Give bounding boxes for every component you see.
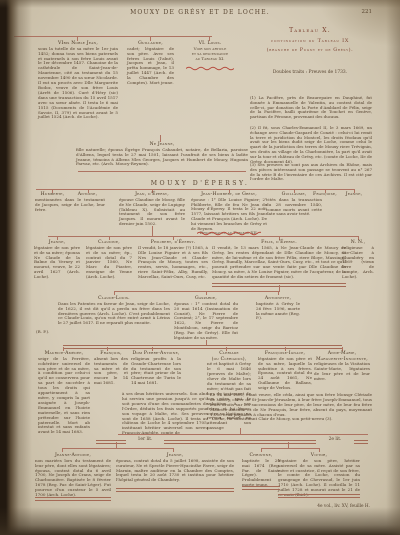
entry-fragment: (R. P.). [36,330,58,335]
entry-gasparde-text: épousa : 1° contrat dotal du 20 mai 1614… [174,302,238,341]
entry-nn-text: religieuse à Ste-Claire à Chambéry en 15… [342,246,374,280]
entry-pierre-antoine: Dom Pierre-Antoine, religieux profès à l… [131,351,181,386]
entry-jeanne-antoine: Jeanne-Antoine, non mariées lors du test… [35,453,111,498]
tree-line-double [354,440,368,444]
entry-guillaume2-text: cités dans la transaction du 28 novembre… [266,198,322,218]
red-wavy-underline [197,231,261,236]
entry-jeanne-naturelle: Ne Jeanne, fille naturelle; épousa Égrèg… [76,142,248,167]
entry-annemarie-marguerite: Anne-Marie, Marguerite-Innocente, religi… [314,351,370,382]
entry-guillaume-text: cadet; légataire de son père. Avec ses f… [127,47,174,86]
tableau-subtitle: continuation du Tableau IX [248,38,372,44]
bottom-shadow [0,507,400,535]
lit1-label: 1er lit. [128,437,162,442]
entry-francois2: François, absent lors des testaments de … [94,351,128,386]
entry-jean-epersy: Jean, d'Épersy, épouse Claudine de Mossy… [119,192,185,227]
page-number: 221 [346,9,372,16]
entry-humberte-antoine: Humberte, Antoine, mentionnées dans le t… [35,192,105,212]
top-shadow [0,0,400,8]
entry-claude-louis: Claude-Louis. Dans les Patentes en faveu… [58,296,170,326]
entry-louis: VI. Louis. Voir son article et sa descen… [181,41,239,61]
entry-jean-humbert: Jean-Humbert, de Grésy, épouse : 1° Dlle… [191,192,267,236]
lit2-label: 2e lit. [318,437,352,442]
entry-victor: Victor, légataire de son père, héritier … [278,453,360,498]
entry-antoinette-text: baptisée à Grésy le 26 févr. 1596, morte… [256,302,300,322]
tree-line-double [164,440,316,444]
tree-line [116,442,117,448]
entry-jeanne3-text: légataire de son père et de sa mère; épo… [34,246,80,280]
tree-line [279,285,280,291]
tableau-legend: Doubles traits : Preuves de 1733. [248,70,372,75]
entry-philibert-text: Il vendit, le 18 janvier (?) 1565, à Dll… [138,246,208,280]
entry-jean-humbert-text: épouse : 1° Dlle Louise Pignier; 2° Phil… [191,198,267,232]
entry-humberte-antoine-text: mentionnées dans le testament de Jacques… [35,198,105,213]
tree-line [14,36,212,37]
entry-philibert: Philibert, d'Épersy. Il vendit, le 18 ja… [138,240,208,280]
francoise-ignace-continuation: Le 14 mai 1681, étant veuve, elle céda, … [210,393,372,418]
entry-antoinette: Antoinette, baptisée à Grésy le 26 févr.… [256,296,300,321]
tree-line [152,226,153,236]
tree-line [114,291,280,292]
tree-line [62,448,173,449]
entry-francois2-text: absent lors des testaments de sa mère et… [94,357,128,386]
entry-maurice-amedee: Maurice-Amédée, seigr de la Perrière, co… [38,351,90,435]
tree-line [114,291,115,295]
tree-line [319,448,320,452]
entry-claude-louis-text: Dans les Patentes en faveur de Jean, sei… [58,302,170,327]
right-shadow [386,0,400,535]
separator-rule [78,171,246,172]
entry-claudine-text: légataire de son père et de sa mère; ép.… [86,246,132,280]
entry-jean-text: sous la tutelle de sa mère le 1er juin 1… [38,47,118,121]
entry-francoise-ignace: Françoise-Ignace, légataire de son père … [258,351,312,391]
entry-claudine: Claudine, légataire de son père et de sa… [86,240,132,280]
malte-continuation: à ses deux héritiers universels. Son aîn… [122,392,208,436]
entry-christine: Christine, baptisée le 29 mai 1674 (Reg.… [242,453,280,488]
entry-nn: N. N., religieuse à Ste-Claire à Chambér… [342,240,374,280]
entry-louis-ref3: au Tableau XI. [181,57,239,62]
entry-jeanne4: Jeanne, épousa, contrat dotal du 5 juill… [116,453,234,483]
tree-line [206,291,207,295]
tree-line-double [96,440,126,444]
entry-maurice-amedee-text: seigr de la Perrière, cohéritier univers… [38,357,90,436]
entry-jean: VIbis Noble Jean, sous la tutelle de sa … [38,41,118,120]
tree-line [261,448,262,452]
entry-felix-text: Il vendit, le 13 mars 1565, à Ne Jean-Cl… [212,246,346,280]
entry-jeanne4-text: épousa, contrat dotal du 5 juillet 1698,… [116,459,234,484]
entry-pierre-antoine-text: religieux profès à la Grande-Chartreuse … [131,357,181,386]
red-wavy-underline [186,66,234,71]
tableau-title: Tableau X. [248,27,372,34]
entry-christine-text: baptisée le 29 mai 1674 (Reg. Par. de Sa… [242,459,280,488]
entry-francoise-ignace-text: légataire de son père et de sa mère, laq… [258,357,312,391]
tree-line [261,448,319,449]
entry-guillaume: Guillaume, cadet; légataire de son père.… [127,41,174,86]
entry-jeanne-antoine-text: non mariées lors du testament de leur pè… [35,459,111,498]
entry-jeanne-naturelle-text: fille naturelle; épousa Égrège François … [76,148,248,168]
entry-jeanne3: Jeanne, légataire de son père et de sa m… [34,240,80,280]
entry-felix: Félix, d'Épersy. Il vendit, le 13 mars 1… [212,240,346,280]
double-rule [212,283,346,287]
entry-victor-text: légataire de son père, héritier universe… [278,459,360,498]
tree-line [160,135,161,142]
sheet-footer: 4e vol., liv. XV, feuille H. [290,504,370,509]
tree-line [173,448,174,452]
section-title: MOUXY D'ÉPERSY. [60,180,340,187]
tree-line [278,291,279,295]
book-gutter-shadow [0,0,32,535]
footnote-1: (1) La Pacifère, près de Beaurepaire en … [250,96,372,120]
malte-last-line: Loche, lui substituant Clair de Moucy, s… [212,417,360,422]
double-rule [116,488,234,492]
entry-annemarie-text: religieuses de la Visitation Sainte-Mari… [314,362,370,382]
entry-gasparde: Gasparde, épousa : 1° contrat dotal du 2… [174,296,238,341]
page-title: MOUXY DE GRÉSY ET DE LOCHE. [70,9,330,16]
footnote-2: (2) Il fit, sous Charles-Emmanuel II, le… [250,126,372,164]
scanned-book-page: MOUXY DE GRÉSY ET DE LOCHE. 221 Tableau … [0,0,400,535]
tree-line [48,236,358,237]
entry-jean-epersy-text: épouse Claudine de Mossy, fille de Ne Cl… [119,198,185,227]
tableau-branch: (branche de Pugny et de Grésy). [248,47,372,53]
tree-line [288,442,289,448]
tree-line [62,448,63,452]
tree-line [36,189,354,190]
tree-line-double [63,345,342,349]
entry-jeanne2-name: Jeanne, [336,192,372,198]
